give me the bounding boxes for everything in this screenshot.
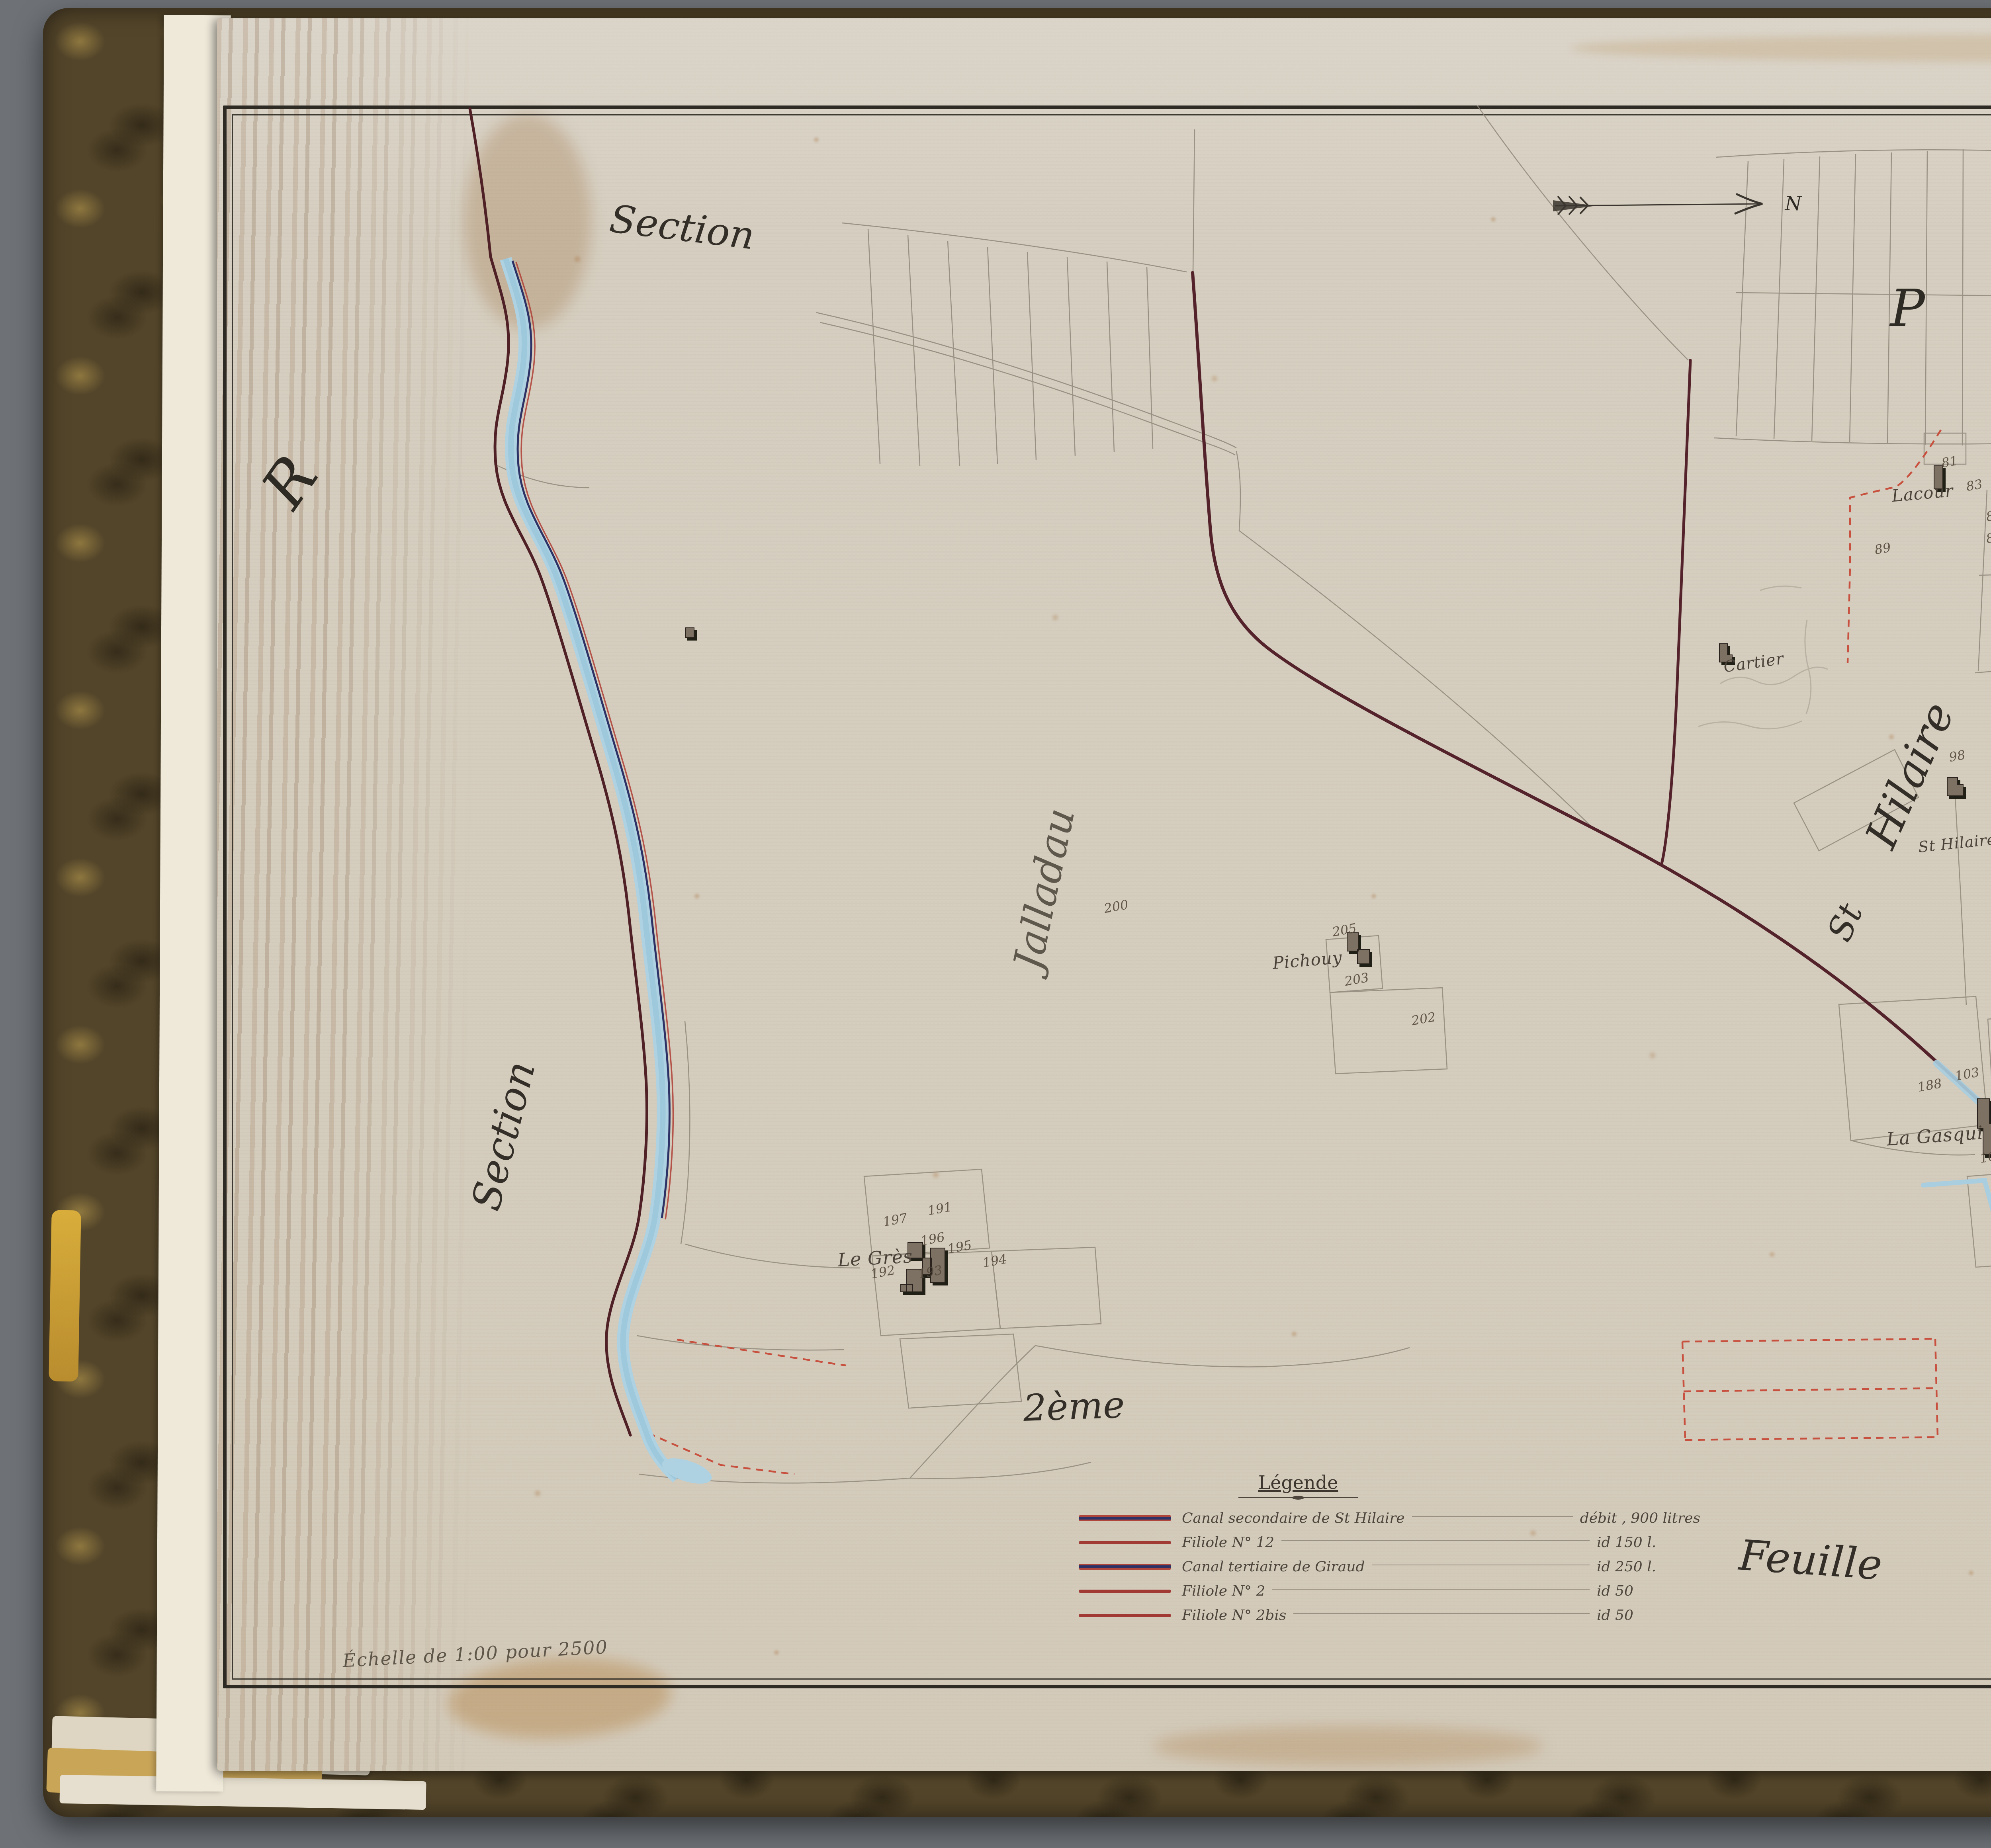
canal-gasqui-blue — [1923, 1180, 1991, 1249]
legend-swatch — [1079, 1541, 1171, 1544]
building-riverside — [685, 628, 694, 637]
label-letter-p: P — [1890, 278, 1925, 338]
river-blue-band — [506, 259, 677, 1478]
parcel-number: 81 — [1940, 453, 1959, 470]
legend-row: Canal secondaire de St Hilaire débit , 9… — [1079, 1506, 1700, 1530]
legend-swatch — [1079, 1590, 1171, 1593]
map-page: SectionPRSectionCommune de MonteuxASecti… — [217, 18, 1991, 1771]
legend-title: Légende — [1215, 1472, 1382, 1493]
label-feuille: Feuille — [1737, 1531, 1883, 1590]
book-page-edge-yellow — [49, 1210, 81, 1381]
legend-row: Filiole N° 12 id 150 l. — [1079, 1530, 1700, 1555]
legend-leader-line — [1412, 1516, 1573, 1517]
legend-leader-line — [1281, 1540, 1590, 1541]
north-arrow — [1553, 194, 1762, 215]
legend-leader-line — [1272, 1589, 1590, 1590]
map-legend: Légende Canal secondaire de St Hilaire d… — [1079, 1472, 1700, 1627]
roads-canals — [470, 109, 1991, 1436]
map-linework — [223, 105, 1991, 1688]
legend-label: Filiole N° 12 — [1182, 1534, 1274, 1551]
river — [506, 259, 715, 1489]
stain — [1571, 34, 1991, 62]
parcel-number: 83 — [1965, 477, 1984, 494]
parcel-lines — [494, 105, 1991, 1483]
parcel-number: 89 — [1874, 540, 1892, 557]
legend-value: débit , 900 litres — [1580, 1510, 1700, 1526]
legend-row: Canal tertiaire de Giraud id 250 l. — [1079, 1555, 1700, 1579]
legend-swatch — [1079, 1614, 1171, 1617]
legend-label: Filiole N° 2bis — [1182, 1607, 1286, 1623]
legend-swatch — [1079, 1564, 1171, 1570]
legend-value: id 250 l. — [1597, 1559, 1700, 1575]
building-st-hilaire — [1947, 777, 1963, 796]
legend-divider — [1238, 1497, 1358, 1498]
legend-value: id 50 — [1597, 1607, 1700, 1623]
stain — [1153, 1726, 1543, 1766]
parcel-number: 98 — [1948, 747, 1966, 765]
canal-vertical — [1661, 360, 1690, 865]
legend-row: Filiole N° 2 id 50 — [1079, 1579, 1700, 1603]
scanned-atlas-photo: SectionPRSectionCommune de MonteuxASecti… — [0, 0, 1991, 1848]
legend-leader-line — [1293, 1613, 1590, 1614]
legend-value: id 50 — [1597, 1583, 1700, 1599]
legend-row: Filiole N° 2bis id 50 — [1079, 1603, 1700, 1627]
label-letter-n: N — [1785, 193, 1802, 215]
legend-label: Canal secondaire de St Hilaire — [1182, 1510, 1405, 1526]
legend-swatch — [1079, 1515, 1171, 1521]
legend-rows: Canal secondaire de St Hilaire débit , 9… — [1079, 1506, 1700, 1627]
building-pichouy — [1347, 933, 1369, 964]
foxing-spots — [217, 18, 221, 22]
legend-value: id 150 l. — [1597, 1534, 1700, 1551]
legend-label: Canal tertiaire de Giraud — [1182, 1559, 1365, 1575]
label-sheet-2eme: 2ème — [1023, 1383, 1125, 1430]
legend-label: Filiole N° 2 — [1182, 1583, 1265, 1599]
red-dashed-boundaries — [648, 348, 1991, 1474]
buildings — [685, 466, 1991, 1292]
legend-leader-line — [1372, 1565, 1590, 1565]
map-area: SectionPRSectionCommune de MonteuxASecti… — [223, 105, 1991, 1688]
